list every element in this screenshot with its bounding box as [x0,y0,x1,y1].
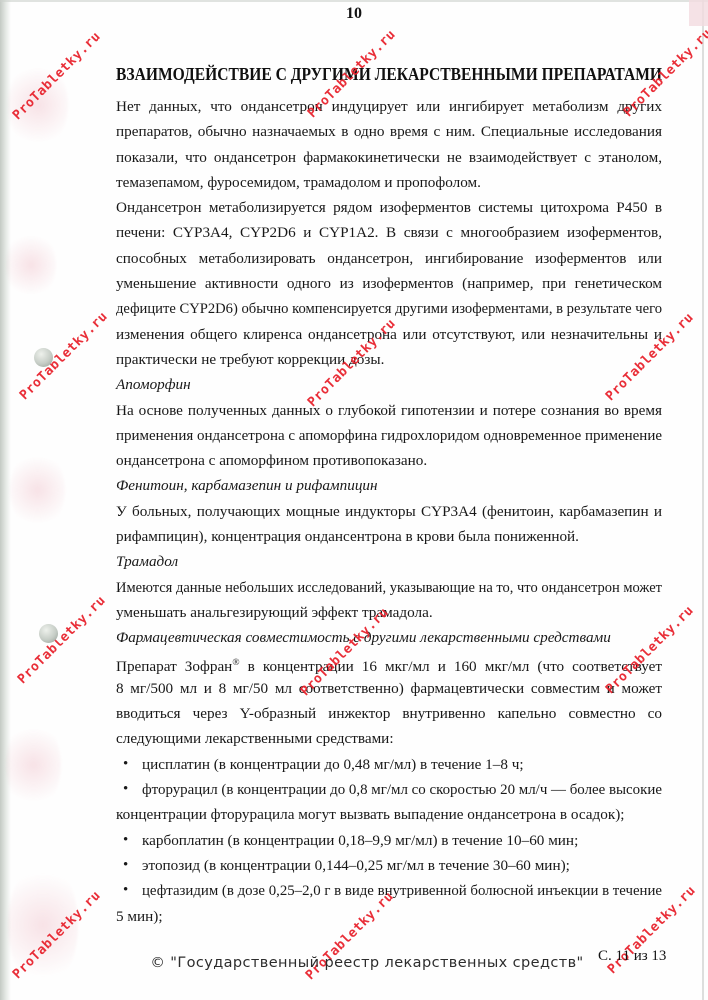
section-heading: Фармацевтическая совместимость с другими… [116,625,662,650]
footer-page-info: С. 11 из 13 [598,948,666,965]
scan-edge-top [0,0,708,2]
text-line: Ондансетрон метаболизируется рядом изофе… [116,195,662,220]
bullet-line: цисплатин (в концентрации до 0,48 мг/мл)… [116,752,662,777]
text-line: темазепамом, фуросемидом, трамадолом и п… [116,170,662,195]
document-body: Нет данных, что ондансетрон индуцирует и… [116,94,662,929]
footer-copyright: © "Государственный реестр лекарственных … [120,955,614,971]
scan-edge-left [0,0,11,1000]
section-heading: Фенитоин, карбамазепин и рифампицин [116,473,662,498]
scan-edge-right [702,0,704,1000]
scan-noise [6,720,61,810]
document-title-text: ВЗАИМОДЕЙСТВИЕ С ДРУГИМИ ЛЕКАРСТВЕННЫМИ … [116,62,662,87]
text-line: применения ондансетрона с апоморфина гид… [116,423,662,448]
bullet-line: этопозид (в концентрации 0,144–0,25 мг/м… [116,853,662,878]
scan-hole-artifact [34,348,53,367]
text-line: способных метаболизировать ондансетрон, … [116,246,662,271]
text-line: печени: CYP3A4, CYP2D6 и CYP1A2. В связи… [116,220,662,245]
document-title: ВЗАИМОДЕЙСТВИЕ С ДРУГИМИ ЛЕКАРСТВЕННЫМИ … [116,62,662,87]
text-line: показали, что ондансетрон фармакокинетич… [116,145,662,170]
text-line: Имеются данные небольших исследований, у… [116,575,662,600]
page-number: 10 [0,5,708,23]
bullet-line: концентрации фторурацила могут вызвать в… [116,802,662,827]
text-line: рифампицин), концентрация ондансентрона … [116,524,662,549]
section-heading: Трамадол [116,549,662,574]
scan-noise [10,450,65,530]
text-line: 8 мг/500 мл и 8 мг/50 мл соответственно)… [116,676,662,701]
text-line: Нет данных, что ондансетрон индуцирует и… [116,94,662,119]
text-line: У больных, получающих мощные индукторы C… [116,499,662,524]
text-line: вводиться через Y-образный инжектор внут… [116,701,662,726]
text-line: Препарат Зофран® в концентрации 16 мкг/м… [116,651,662,676]
text-line: уменьшение активности одного из изоферме… [116,271,662,296]
bullet-line: карбоплатин (в концентрации 0,18–9,9 мг/… [116,828,662,853]
scan-noise [6,230,56,300]
section-heading: Апоморфин [116,372,662,397]
watermark-text: ProTabletky.ru [15,593,109,687]
bullet-line: фторурацил (в концентрации до 0,8 мг/мл … [116,777,662,802]
text-line: следующими лекарственными средствами: [116,726,662,751]
text-line: препаратов, обычно назначаемых в одно вр… [116,119,662,144]
document-page: 10 ВЗАИМОДЕЙСТВИЕ С ДРУГИМИ ЛЕКАРСТВЕННЫ… [0,0,708,1000]
text-line: ондансетрона с апоморфином противопоказа… [116,448,662,473]
watermark-text: ProTabletky.ru [17,309,111,403]
text-line: практически не требуют коррекции дозы. [116,347,662,372]
scan-hole-artifact [39,624,58,643]
text-line: На основе полученных данных о глубокой г… [116,398,662,423]
